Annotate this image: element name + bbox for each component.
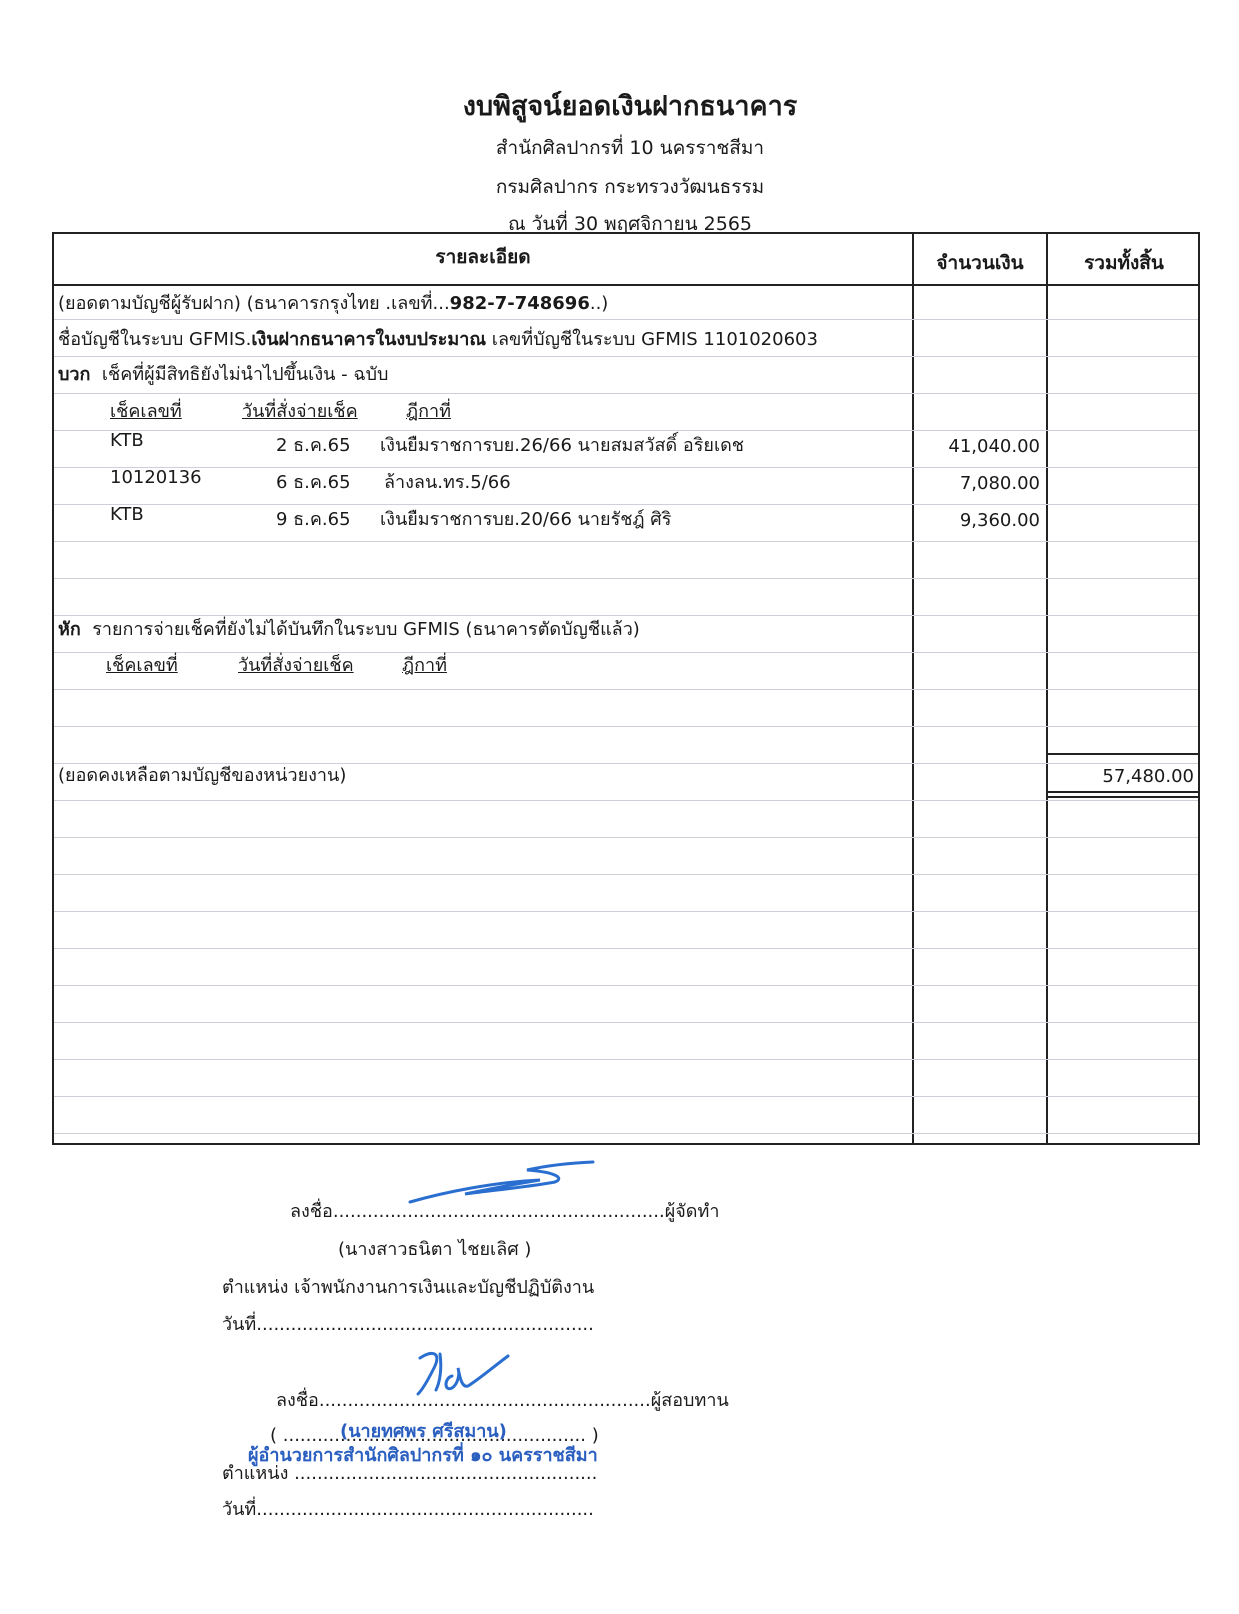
balance-label: (ยอดคงเหลือตามบัญชีของหน่วยงาน)	[58, 760, 346, 789]
balance-total: 57,480.00	[1048, 766, 1194, 787]
row-rule	[54, 1022, 1198, 1023]
row-rule	[54, 948, 1198, 949]
header-divider	[54, 284, 1198, 286]
total-double-underline	[1047, 791, 1198, 798]
add-label: บวก	[58, 364, 90, 385]
row-rule	[54, 393, 1198, 394]
reviewer-date-line: วันที่..................................…	[222, 1494, 594, 1523]
gfmis-prefix: ชื่อบัญชีในระบบ GFMIS.	[58, 329, 251, 350]
sub-header-voucher: ฎีกาที่	[402, 650, 447, 679]
reviewer-stamped-position: ผู้อำนวยการสำนักศิลปากรที่ ๑๐ นครราชสีมา	[248, 1440, 598, 1469]
total-top-border	[1047, 753, 1198, 755]
gfmis-account-number: เลขที่บัญชีในระบบ GFMIS 1101020603	[486, 329, 818, 350]
row-rule	[54, 578, 1198, 579]
sub-header-cheque-no: เช็คเลขที่	[110, 396, 182, 425]
row-rule	[54, 726, 1198, 727]
column-header-amount: จำนวนเงิน	[914, 248, 1046, 278]
cheque-number: 10120136	[110, 467, 202, 488]
voucher-description: ล้างลน.ทร.5/66	[384, 467, 511, 496]
sub-header-date: วันที่สั่งจ่ายเช็ค	[242, 396, 358, 425]
bank-account-line: (ยอดตามบัญชีผู้รับฝาก) (ธนาคารกรุงไทย .เ…	[58, 288, 608, 317]
row-rule	[54, 689, 1198, 690]
gfmis-account-name: เงินฝากธนาคารในงบประมาณ	[251, 329, 486, 350]
gfmis-account-line: ชื่อบัญชีในระบบ GFMIS.เงินฝากธนาคารในงบป…	[58, 324, 818, 353]
preparer-sign-line: ลงชื่อ..................................…	[290, 1196, 719, 1225]
row-rule	[54, 652, 1198, 653]
row-rule	[54, 541, 1198, 542]
cheque-date: 2 ธ.ค.65	[276, 430, 351, 459]
row-rule	[54, 837, 1198, 838]
sub-header-date: วันที่สั่งจ่ายเช็ค	[238, 650, 354, 679]
row-rule	[54, 467, 1198, 468]
cheque-amount: 9,360.00	[914, 510, 1040, 531]
bank-line-suffix: ..)	[590, 293, 608, 314]
bank-line-prefix: (ยอดตามบัญชีผู้รับฝาก) (ธนาคารกรุงไทย .เ…	[58, 293, 450, 314]
cheque-amount: 7,080.00	[914, 473, 1040, 494]
row-rule	[54, 1096, 1198, 1097]
voucher-description: เงินยืมราชการบย.26/66 นายสมสวัสดิ์ อริยเ…	[380, 430, 744, 459]
sub-header-voucher: ฎีกาที่	[406, 396, 451, 425]
row-rule	[54, 356, 1198, 357]
preparer-position: ตำแหน่ง เจ้าพนักงานการเงินและบัญชีปฏิบัต…	[222, 1272, 594, 1301]
sub-header-cheque-no: เช็คเลขที่	[106, 650, 178, 679]
reviewer-sign-line: ลงชื่อ..................................…	[276, 1385, 729, 1414]
cheque-number: KTB	[110, 430, 144, 451]
office-name: สำนักศิลปากรที่ 10 นครราชสีมา	[0, 133, 1239, 163]
row-rule	[54, 800, 1198, 801]
bank-account-number: 982-7-748696	[450, 293, 590, 314]
row-rule	[54, 1059, 1198, 1060]
column-header-details: รายละเอียด	[54, 242, 912, 272]
cheque-date: 9 ธ.ค.65	[276, 504, 351, 533]
row-rule	[54, 985, 1198, 986]
preparer-date-line: วันที่..................................…	[222, 1309, 594, 1338]
department-name: กรมศิลปากร กระทรวงวัฒนธรรม	[0, 172, 1239, 202]
column-header-total: รวมทั้งสิ้น	[1048, 248, 1200, 278]
deduct-label: หัก	[58, 619, 81, 640]
deduct-description: รายการจ่ายเช็คที่ยังไม่ได้บันทึกในระบบ G…	[92, 619, 640, 640]
row-rule	[54, 1133, 1198, 1134]
cheque-amount: 41,040.00	[914, 436, 1040, 457]
deduct-section-heading: หัก รายการจ่ายเช็คที่ยังไม่ได้บันทึกในระ…	[58, 614, 640, 643]
preparer-name: (นางสาวธนิตา ไชยเลิศ )	[338, 1234, 531, 1263]
document-title: งบพิสูจน์ยอดเงินฝากธนาคาร	[0, 84, 1239, 127]
add-description: เช็คที่ผู้มีสิทธิยังไม่นำไปขึ้นเงิน - ฉบ…	[102, 364, 389, 385]
reconciliation-table: รายละเอียด จำนวนเงิน รวมทั้งสิ้น (ยอดตาม…	[52, 232, 1200, 1145]
row-rule	[54, 911, 1198, 912]
cheque-date: 6 ธ.ค.65	[276, 467, 351, 496]
row-rule	[54, 319, 1198, 320]
cheque-number: KTB	[110, 504, 144, 525]
voucher-description: เงินยืมราชการบย.20/66 นายรัชฎ์ ศิริ	[380, 504, 671, 533]
row-rule	[54, 874, 1198, 875]
add-section-heading: บวก เช็คที่ผู้มีสิทธิยังไม่นำไปขึ้นเงิน …	[58, 359, 388, 388]
